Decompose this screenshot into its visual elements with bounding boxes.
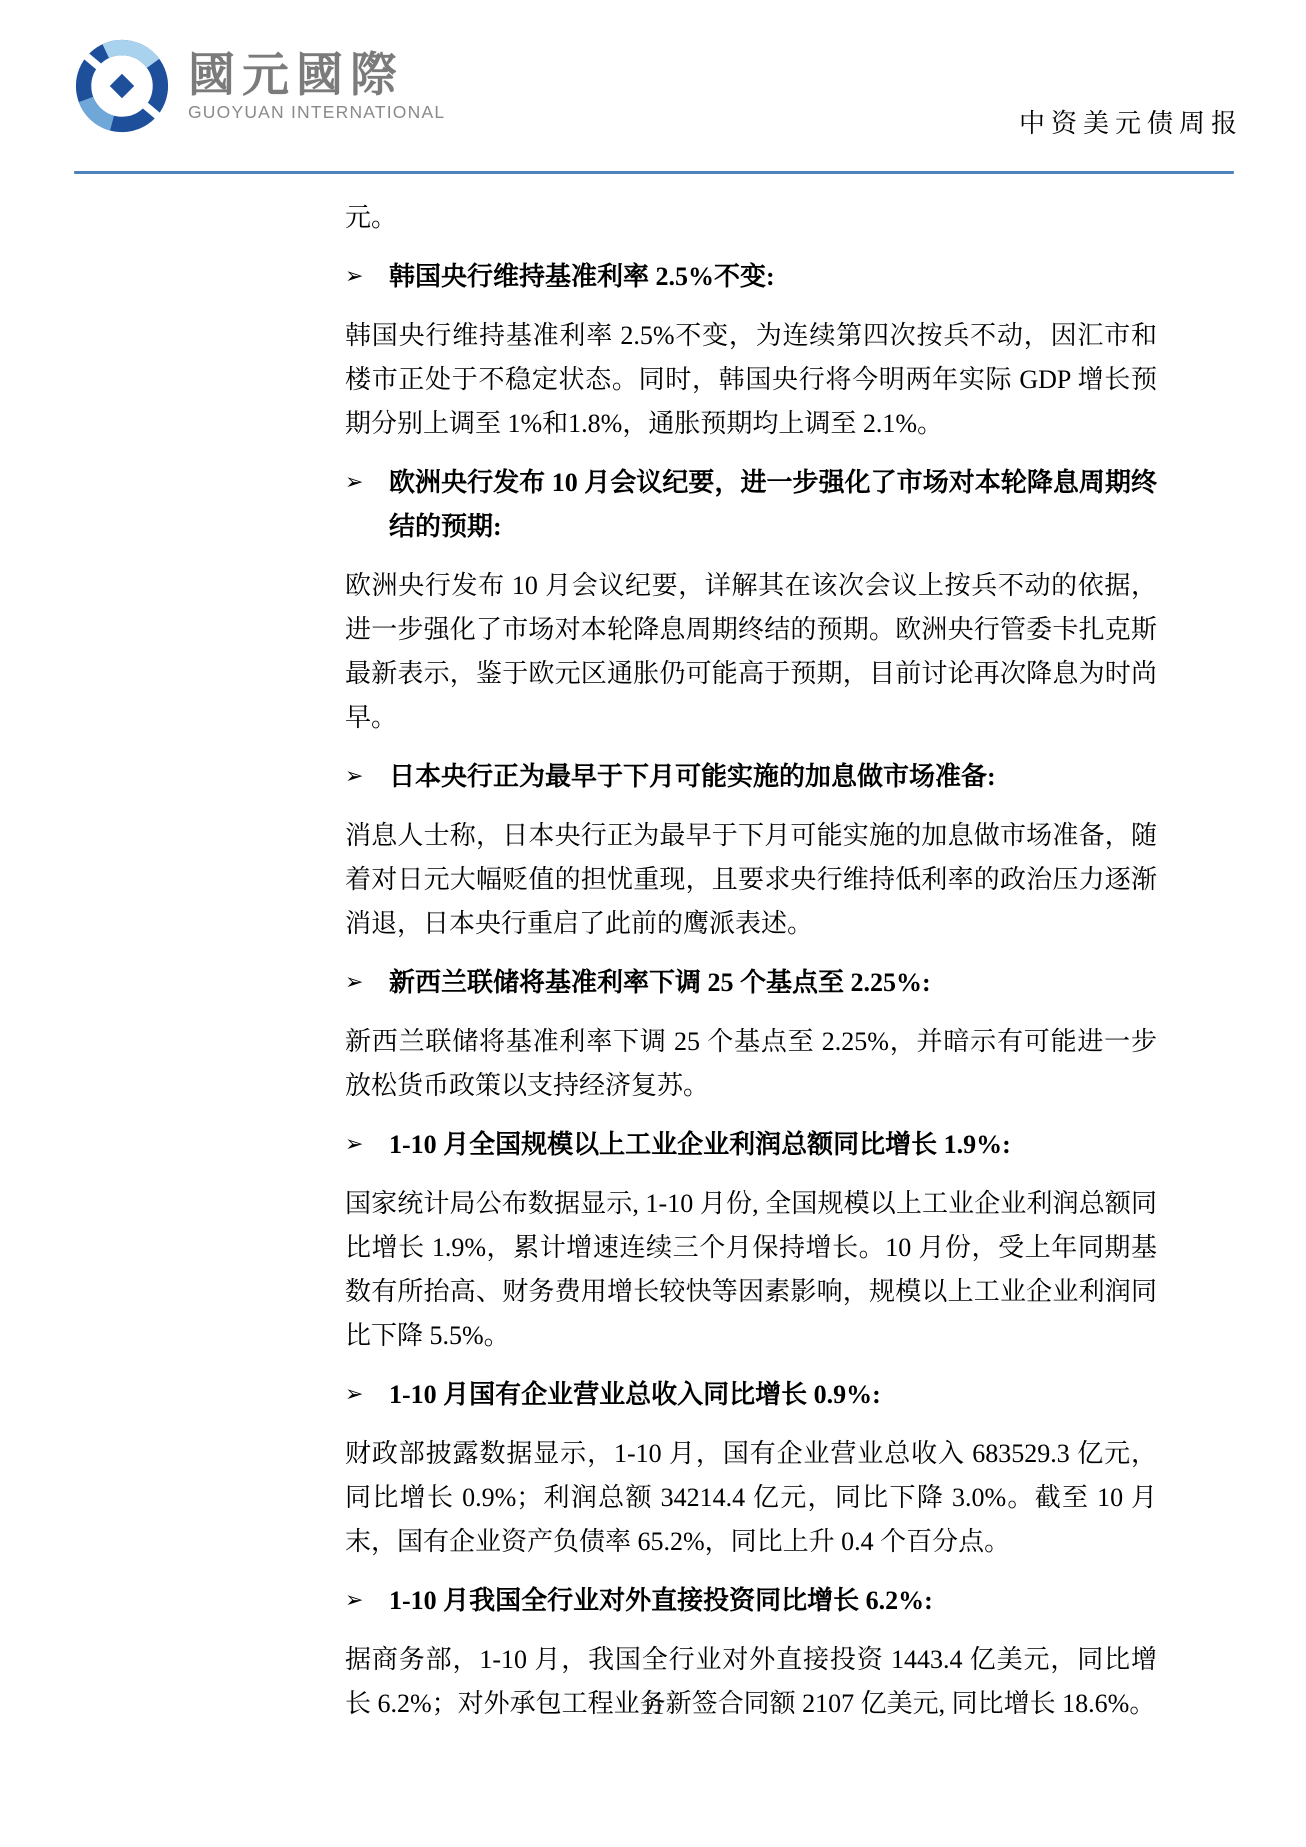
arrow-bullet-icon: ➢ bbox=[345, 461, 389, 549]
section-paragraph: 财政部披露数据显示，1-10 月，国有企业营业总收入 683529.3 亿元，同… bbox=[345, 1432, 1157, 1564]
page-footer: 11 bbox=[0, 1694, 1306, 1720]
arrow-bullet-icon: ➢ bbox=[345, 1579, 389, 1623]
page-number: 11 bbox=[642, 1694, 664, 1719]
section-heading-text: 1-10 月国有企业营业总收入同比增长 0.9%: bbox=[389, 1373, 1157, 1417]
guoyuan-logo-icon bbox=[74, 38, 170, 134]
section-paragraph: 韩国央行维持基准利率 2.5%不变，为连续第四次按兵不动，因汇市和楼市正处于不稳… bbox=[345, 314, 1157, 446]
section-heading: ➢ 1-10 月全国规模以上工业企业利润总额同比增长 1.9%: bbox=[345, 1123, 1157, 1167]
arrow-bullet-icon: ➢ bbox=[345, 1123, 389, 1167]
section-heading-text: 日本央行正为最早于下月可能实施的加息做市场准备: bbox=[389, 755, 1157, 799]
section-heading: ➢ 日本央行正为最早于下月可能实施的加息做市场准备: bbox=[345, 755, 1157, 799]
header-divider bbox=[74, 171, 1234, 174]
logo-en-text: GUOYUAN INTERNATIONAL bbox=[188, 102, 445, 123]
logo-cn-text: 國元國際 bbox=[188, 49, 445, 101]
section-heading-text: 韩国央行维持基准利率 2.5%不变: bbox=[389, 255, 1157, 299]
logo-text: 國元國際 GUOYUAN INTERNATIONAL bbox=[188, 49, 445, 124]
section-heading: ➢ 韩国央行维持基准利率 2.5%不变: bbox=[345, 255, 1157, 299]
section-paragraph: 欧洲央行发布 10 月会议纪要，详解其在该次会议上按兵不动的依据，进一步强化了市… bbox=[345, 564, 1157, 740]
doc-title: 中资美元债周报 bbox=[1019, 103, 1243, 140]
report-page: 國元國際 GUOYUAN INTERNATIONAL 中资美元债周报 元。 ➢ … bbox=[0, 0, 1306, 1847]
section-heading: ➢ 新西兰联储将基准利率下调 25 个基点至 2.25%: bbox=[345, 961, 1157, 1005]
section-heading: ➢ 1-10 月国有企业营业总收入同比增长 0.9%: bbox=[345, 1373, 1157, 1417]
intro-paragraph: 元。 bbox=[345, 196, 1157, 240]
arrow-bullet-icon: ➢ bbox=[345, 755, 389, 799]
section-paragraph: 国家统计局公布数据显示, 1-10 月份, 全国规模以上工业企业利润总额同比增长… bbox=[345, 1182, 1157, 1358]
company-logo: 國元國際 GUOYUAN INTERNATIONAL bbox=[74, 38, 445, 134]
arrow-bullet-icon: ➢ bbox=[345, 1373, 389, 1417]
arrow-bullet-icon: ➢ bbox=[345, 961, 389, 1005]
report-body: 元。 ➢ 韩国央行维持基准利率 2.5%不变: 韩国央行维持基准利率 2.5%不… bbox=[345, 196, 1157, 1741]
section-paragraph: 消息人士称，日本央行正为最早于下月可能实施的加息做市场准备，随着对日元大幅贬值的… bbox=[345, 814, 1157, 946]
section-heading-text: 新西兰联储将基准利率下调 25 个基点至 2.25%: bbox=[389, 961, 1157, 1005]
section-heading: ➢ 1-10 月我国全行业对外直接投资同比增长 6.2%: bbox=[345, 1579, 1157, 1623]
section-heading: ➢ 欧洲央行发布 10 月会议纪要，进一步强化了市场对本轮降息周期终结的预期: bbox=[345, 461, 1157, 549]
section-paragraph: 新西兰联储将基准利率下调 25 个基点至 2.25%，并暗示有可能进一步放松货币… bbox=[345, 1020, 1157, 1108]
arrow-bullet-icon: ➢ bbox=[345, 255, 389, 299]
section-heading-text: 欧洲央行发布 10 月会议纪要，进一步强化了市场对本轮降息周期终结的预期: bbox=[389, 461, 1157, 549]
section-heading-text: 1-10 月我国全行业对外直接投资同比增长 6.2%: bbox=[389, 1579, 1157, 1623]
section-heading-text: 1-10 月全国规模以上工业企业利润总额同比增长 1.9%: bbox=[389, 1123, 1157, 1167]
